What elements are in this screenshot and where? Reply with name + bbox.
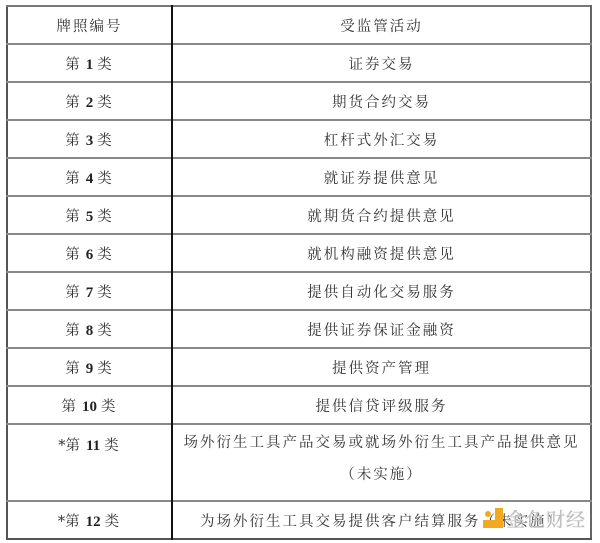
licence-type-cell: *第12类: [7, 501, 172, 539]
label-prefix: 第: [65, 95, 82, 111]
label-prefix: 第: [62, 399, 79, 415]
label-suffix: 类: [97, 95, 114, 111]
label-suffix: 类: [97, 57, 114, 73]
label-suffix: 类: [101, 399, 118, 415]
table-row: 第7类 提供自动化交易服务: [7, 272, 591, 310]
licence-type-cell: 第6类: [7, 234, 172, 272]
label-suffix: 类: [104, 438, 121, 454]
licence-type-cell: 第9类: [7, 348, 172, 386]
table-row: 第2类 期货合约交易: [7, 82, 591, 120]
label-prefix: 第: [65, 209, 82, 225]
licence-number: 11: [86, 438, 100, 454]
label-suffix: 类: [97, 323, 114, 339]
licence-number: 4: [86, 171, 94, 187]
activity-text: 场外衍生工具产品交易或就场外衍生工具产品提供意见: [173, 427, 590, 459]
activity-cell: 就证券提供意见: [172, 158, 591, 196]
table-row: 第8类 提供证券保证金融资: [7, 310, 591, 348]
label-suffix: 类: [97, 285, 114, 301]
activity-cell: 提供证券保证金融资: [172, 310, 591, 348]
label-suffix: 类: [97, 133, 114, 149]
table-row: 第9类 提供资产管理: [7, 348, 591, 386]
licence-type-cell: 第10类: [7, 386, 172, 424]
activity-cell: 就期货合约提供意见: [172, 196, 591, 234]
label-prefix: 第: [65, 171, 82, 187]
label-prefix: 第: [65, 514, 82, 530]
label-prefix: 第: [65, 323, 82, 339]
table-row: 第10类 提供信贷评级服务: [7, 386, 591, 424]
jinse-logo-icon: [483, 508, 503, 528]
licence-number: 1: [86, 57, 94, 73]
label-suffix: 类: [105, 514, 122, 530]
table-row: 第1类 证券交易: [7, 44, 591, 82]
asterisk-marker: *: [58, 438, 65, 454]
table-header-row: 牌照编号 受监管活动: [7, 6, 591, 44]
activity-cell: 场外衍生工具产品交易或就场外衍生工具产品提供意见（未实施）: [172, 424, 591, 501]
table-row: 第5类 就期货合约提供意见: [7, 196, 591, 234]
table-row: 第4类 就证券提供意见: [7, 158, 591, 196]
licence-type-cell: 第8类: [7, 310, 172, 348]
activity-cell: 提供自动化交易服务: [172, 272, 591, 310]
licence-type-cell: 第2类: [7, 82, 172, 120]
label-suffix: 类: [97, 247, 114, 263]
activity-cell: 就机构融资提供意见: [172, 234, 591, 272]
label-prefix: 第: [66, 438, 83, 454]
label-suffix: 类: [97, 361, 114, 377]
licence-number: 3: [86, 133, 94, 149]
licence-number: 7: [86, 285, 94, 301]
label-prefix: 第: [65, 133, 82, 149]
licence-type-cell: 第4类: [7, 158, 172, 196]
activity-note: （未实施）: [173, 459, 590, 491]
licence-number: 8: [86, 323, 94, 339]
label-prefix: 第: [65, 57, 82, 73]
licence-type-cell: 第7类: [7, 272, 172, 310]
licence-number: 10: [82, 399, 97, 415]
licence-number: 12: [86, 514, 101, 530]
licence-number: 2: [86, 95, 94, 111]
watermark: 金色财经: [483, 505, 591, 531]
licence-type-cell: 第1类: [7, 44, 172, 82]
label-prefix: 第: [65, 285, 82, 301]
licence-table: 牌照编号 受监管活动 第1类 证券交易 第2类 期货合约交易 第3类 杠杆式外汇…: [6, 5, 592, 540]
label-suffix: 类: [97, 171, 114, 187]
label-prefix: 第: [65, 361, 82, 377]
licence-type-cell: *第11类: [7, 424, 172, 501]
header-regulated-activity: 受监管活动: [172, 6, 591, 44]
licence-number: 5: [86, 209, 94, 225]
table-row: *第11类 场外衍生工具产品交易或就场外衍生工具产品提供意见（未实施）: [7, 424, 591, 501]
table-row: 第3类 杠杆式外汇交易: [7, 120, 591, 158]
activity-cell: 期货合约交易: [172, 82, 591, 120]
activity-cell: 杠杆式外汇交易: [172, 120, 591, 158]
licence-number: 9: [86, 361, 94, 377]
table-row: 第6类 就机构融资提供意见: [7, 234, 591, 272]
activity-cell: 证券交易: [172, 44, 591, 82]
label-suffix: 类: [97, 209, 114, 225]
activity-cell: 提供信贷评级服务: [172, 386, 591, 424]
licence-number: 6: [86, 247, 94, 263]
label-prefix: 第: [65, 247, 82, 263]
licence-type-cell: 第3类: [7, 120, 172, 158]
activity-cell: 提供资产管理: [172, 348, 591, 386]
licence-type-cell: 第5类: [7, 196, 172, 234]
watermark-text: 金色财经: [506, 505, 586, 532]
header-licence-number: 牌照编号: [7, 6, 172, 44]
